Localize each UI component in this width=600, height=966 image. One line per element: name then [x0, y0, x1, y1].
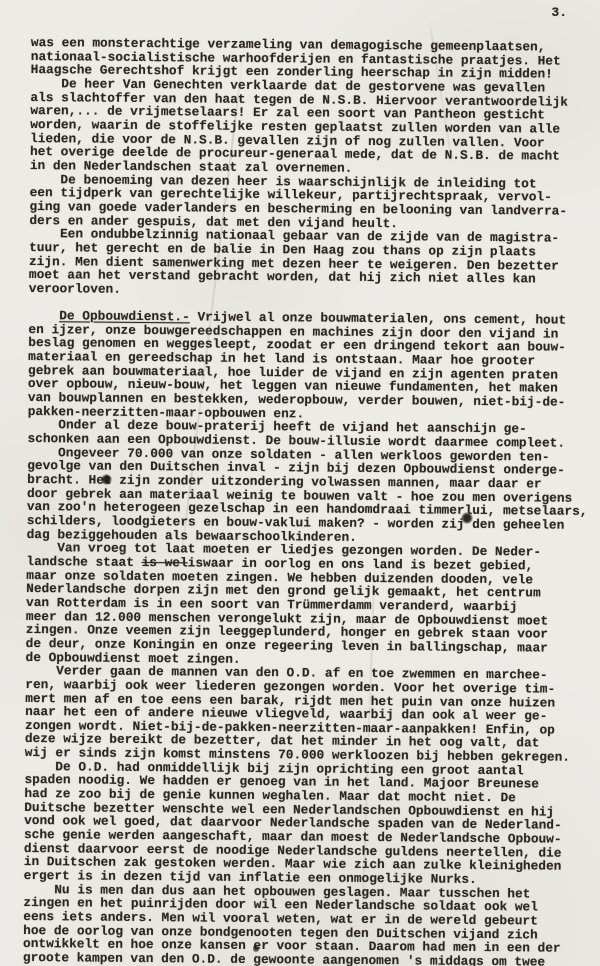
scanned-document-page: 3. was een monsterachtige verzameling va… [0, 0, 600, 966]
ink-smudge [253, 944, 259, 953]
page-number: 3. [551, 5, 567, 20]
text-line: groote kampen van den O.D. de gewoonte a… [23, 951, 589, 966]
ink-smudge [101, 474, 112, 485]
screenshot-root: { "document": { "page_number": "3.", "co… [0, 0, 600, 966]
ink-smudge [461, 512, 473, 524]
document-body: was een monsterachtige verzameling van d… [23, 36, 597, 966]
